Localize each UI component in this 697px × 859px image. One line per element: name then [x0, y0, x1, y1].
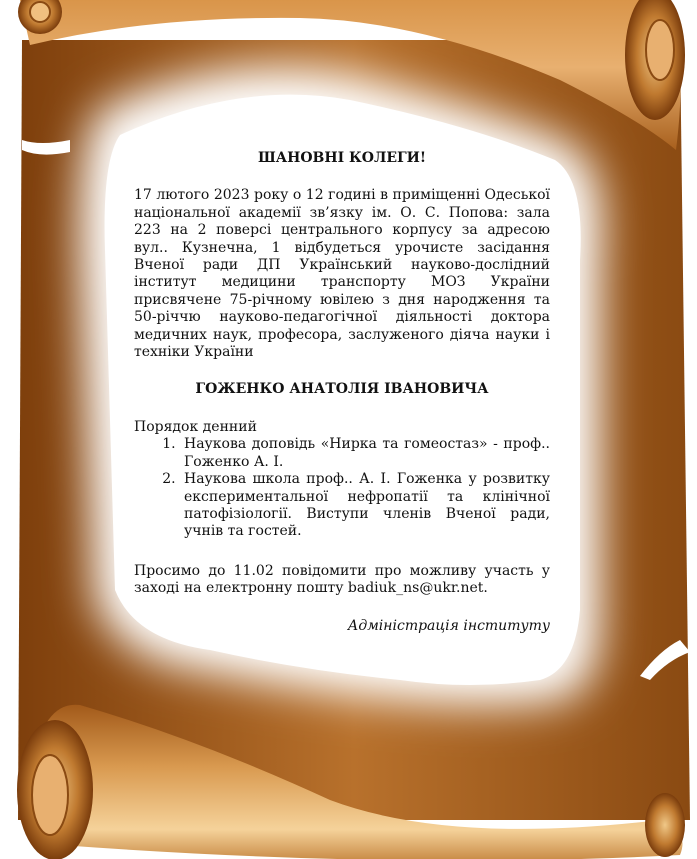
document-title: ШАНОВНІ КОЛЕГИ!	[134, 150, 550, 167]
participation-request: Просимо до 11.02 повідомити про можливу …	[134, 563, 550, 598]
intro-paragraph: 17 лютого 2023 року о 12 годині в приміщ…	[134, 187, 550, 361]
agenda-item: Наукова доповідь «Нирка та гомеостаз» - …	[180, 436, 550, 471]
agenda-item: Наукова школа проф.. А. І. Гоженка у роз…	[180, 471, 550, 541]
invitation-document: ШАНОВНІ КОЛЕГИ! 17 лютого 2023 року о 12…	[134, 150, 550, 635]
honoree-name: ГОЖЕНКО АНАТОЛІЯ ІВАНОВИЧА	[134, 381, 550, 398]
signature: Адміністрація інституту	[134, 618, 550, 635]
agenda-list: Наукова доповідь «Нирка та гомеостаз» - …	[134, 436, 550, 540]
agenda-label: Порядок денний	[134, 419, 550, 436]
